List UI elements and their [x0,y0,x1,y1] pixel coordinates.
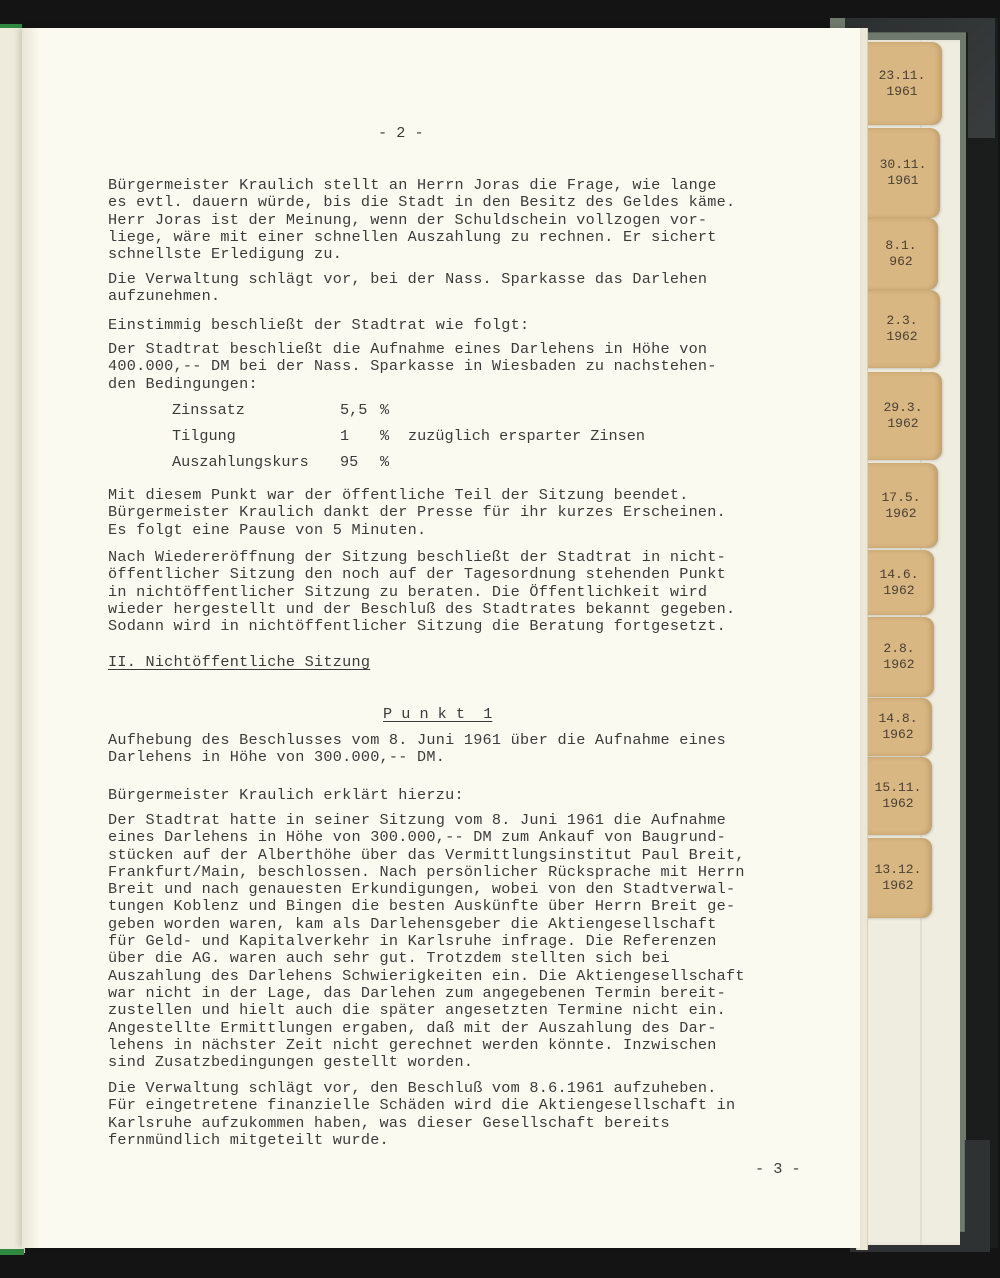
paragraph-4: Der Stadtrat beschließt die Aufnahme ein… [108,341,717,393]
section-heading: II. Nichtöffentliche Sitzung [108,654,370,671]
date-tab[interactable]: 14.6. 1962 [864,550,934,615]
paragraph-5: Mit diesem Punkt war der öffentliche Tei… [108,487,726,539]
page-number-top: - 2 - [378,124,424,142]
paragraph-6: Nach Wiedereröffnung der Sitzung beschli… [108,549,735,635]
date-tab[interactable]: 15.11. 1962 [864,757,932,835]
date-tab[interactable]: 17.5. 1962 [864,463,938,548]
date-tab[interactable]: 29.3. 1962 [864,372,942,460]
page-number-bottom: - 3 - [755,1160,801,1178]
condition-value: 5,5 [340,401,380,419]
paragraph-9: Die Verwaltung schlägt vor, den Beschluß… [108,1080,735,1149]
condition-label: Zinssatz [172,401,340,419]
date-tab[interactable]: 13.12. 1962 [864,838,932,918]
date-tab[interactable]: 23.11. 1961 [862,42,942,125]
condition-row: Zinssatz5,5% [172,401,408,419]
binding-strip-bottom [0,1249,24,1255]
condition-unit: % [380,401,408,419]
condition-value: 95 [340,453,380,471]
condition-note: zuzüglich ersparter Zinsen [408,427,645,445]
condition-unit: % [380,427,408,445]
paragraph-7: Bürgermeister Kraulich erklärt hierzu: [108,787,464,804]
date-tab[interactable]: 8.1. 962 [864,218,938,290]
date-tab[interactable]: 30.11. 1961 [866,128,940,218]
date-tab[interactable]: 2.8. 1962 [864,617,934,697]
condition-unit: % [380,453,408,471]
date-tab[interactable]: 2.3. 1962 [864,290,940,368]
condition-label: Tilgung [172,427,340,445]
punkt-heading: P u n k t 1 [383,705,492,723]
paragraph-1: Bürgermeister Kraulich stellt an Herrn J… [108,177,735,263]
binder-spine [966,18,998,1248]
date-tab[interactable]: 14.8. 1962 [864,698,932,756]
punkt-title: Aufhebung des Beschlusses vom 8. Juni 19… [108,732,726,767]
condition-row: Auszahlungskurs95% [172,453,408,471]
paragraph-2: Die Verwaltung schlägt vor, bei der Nass… [108,271,707,306]
paragraph-8: Der Stadtrat hatte in seiner Sitzung vom… [108,812,745,1071]
condition-row: Tilgung1%zuzüglich ersparter Zinsen [172,427,645,445]
paragraph-3: Einstimmig beschließt der Stadtrat wie f… [108,317,529,334]
condition-label: Auszahlungskurs [172,453,340,471]
condition-value: 1 [340,427,380,445]
